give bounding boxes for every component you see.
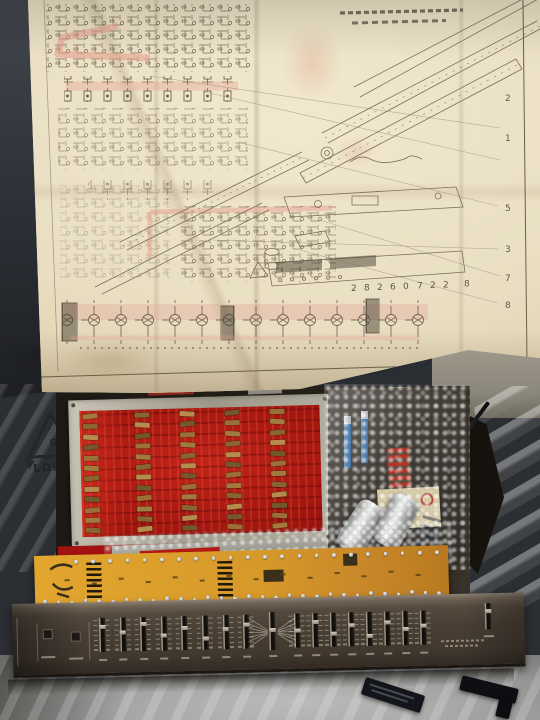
tick-column xyxy=(426,613,431,647)
tick-mark xyxy=(307,630,311,631)
tick-mark xyxy=(373,628,377,629)
slider-knob xyxy=(330,632,336,636)
tick-mark xyxy=(135,634,139,635)
tick-mark xyxy=(250,631,254,632)
tick-mark xyxy=(336,615,340,616)
tick-mark xyxy=(167,623,171,624)
tick-column xyxy=(300,615,305,649)
tick-column xyxy=(147,619,152,653)
tick-mark xyxy=(373,633,377,634)
tick-mark xyxy=(289,635,293,636)
solder-dot xyxy=(91,559,95,563)
model-text-mark xyxy=(441,639,484,642)
tick-mark xyxy=(379,643,383,644)
solder-dot xyxy=(369,591,373,595)
callout-number: 2 xyxy=(351,284,357,294)
tick-mark xyxy=(337,639,341,640)
tick-mark xyxy=(188,618,192,619)
tick-mark xyxy=(127,644,131,645)
tick-column xyxy=(229,617,234,651)
solder-dot xyxy=(435,550,439,554)
title-text-illegible xyxy=(340,10,463,23)
solder-dot xyxy=(194,557,198,561)
tick-mark xyxy=(391,628,395,629)
tick-mark xyxy=(250,641,254,642)
tick-mark xyxy=(307,635,311,636)
tick-mark xyxy=(135,619,139,620)
pcb-component xyxy=(182,494,197,499)
tick-mark xyxy=(397,623,401,624)
band-label-mark xyxy=(384,652,392,654)
tick-mark xyxy=(167,628,171,629)
left-slider-slot xyxy=(203,616,207,650)
pcb-component xyxy=(270,429,285,436)
callout-number: 1 xyxy=(505,134,511,144)
trace-mark xyxy=(389,571,394,573)
photo-disassembled-equalizer-with-schematic: 04 LDPE xyxy=(0,0,540,720)
tick-mark xyxy=(354,619,358,620)
tick-mark xyxy=(238,641,242,642)
tick-mark xyxy=(390,618,394,619)
tick-mark xyxy=(397,643,401,644)
tick-mark xyxy=(337,624,341,625)
pcb-marking xyxy=(263,569,283,582)
slider-knob xyxy=(140,622,146,626)
tick-mark xyxy=(427,637,431,638)
slider-knob xyxy=(202,637,208,641)
tick-mark xyxy=(188,633,192,634)
solder-dot xyxy=(160,558,164,562)
callout-number: 8 xyxy=(464,280,470,290)
tick-mark xyxy=(176,633,180,634)
pcb-component xyxy=(135,422,150,428)
tick-mark xyxy=(218,642,222,643)
tick-mark xyxy=(238,627,242,628)
tick-mark xyxy=(427,642,431,643)
callout-number: 8 xyxy=(505,301,511,311)
tick-mark xyxy=(325,630,329,631)
callout-number: 0 xyxy=(403,282,409,292)
tick-mark xyxy=(135,649,139,650)
tick-mark xyxy=(135,639,139,640)
tick-column xyxy=(324,615,329,649)
solder-dot xyxy=(229,556,233,560)
slider-knob xyxy=(243,623,249,627)
tick-mark xyxy=(300,620,304,621)
pcb-component xyxy=(227,493,242,499)
tick-mark xyxy=(306,615,310,616)
tick-mark xyxy=(94,635,98,636)
band-label-mark xyxy=(161,657,169,659)
tick-mark xyxy=(414,618,418,619)
left-slider-slot xyxy=(162,617,166,651)
pcb-component xyxy=(134,412,149,417)
tick-column xyxy=(360,614,365,648)
panel-groove xyxy=(16,618,18,666)
left-slider-slot xyxy=(224,615,228,649)
tick-mark xyxy=(355,624,359,625)
tick-mark xyxy=(318,615,322,616)
tick-column xyxy=(288,616,293,650)
tick-mark xyxy=(230,641,234,642)
tick-mark xyxy=(147,643,151,644)
pcb-component xyxy=(226,483,241,488)
tick-column xyxy=(414,613,419,647)
tick-mark xyxy=(361,643,365,644)
tick-mark xyxy=(336,619,340,620)
tick-mark xyxy=(250,621,254,622)
tick-mark xyxy=(318,620,322,621)
tick-mark xyxy=(135,644,139,645)
schematic-left-block xyxy=(46,4,336,282)
pcb-component xyxy=(272,502,287,507)
solder-dot xyxy=(410,590,414,594)
solder-dot xyxy=(366,552,370,556)
trace-mark xyxy=(173,576,178,578)
tick-column xyxy=(372,614,377,648)
pcb-component xyxy=(180,452,195,459)
tick-mark xyxy=(196,618,200,619)
slider-knob xyxy=(181,626,187,630)
right-slider-slot xyxy=(331,613,335,647)
tick-mark xyxy=(155,628,159,629)
tick-mark xyxy=(93,620,97,621)
band-label-mark xyxy=(222,656,230,658)
tick-mark xyxy=(415,637,419,638)
screw xyxy=(71,403,75,407)
solder-dot xyxy=(288,593,292,597)
band-label-mark xyxy=(420,652,428,654)
tick-mark xyxy=(373,638,377,639)
tick-mark xyxy=(379,633,383,634)
tick-mark xyxy=(126,629,130,630)
tick-mark xyxy=(217,627,221,628)
right-slider-slot xyxy=(367,612,371,646)
slider-knob xyxy=(384,620,390,624)
band-label-mark xyxy=(402,652,410,654)
tick-mark xyxy=(426,613,430,614)
trace-mark xyxy=(65,579,70,581)
tick-mark xyxy=(105,620,109,621)
solder-dot xyxy=(206,595,210,599)
left-slider-slot xyxy=(100,618,104,652)
tick-mark xyxy=(325,625,329,626)
tick-mark xyxy=(337,634,341,635)
tick-mark xyxy=(360,619,364,620)
button-label-mark xyxy=(41,656,55,658)
tick-mark xyxy=(106,634,110,635)
tick-mark xyxy=(408,613,412,614)
pcb-component xyxy=(83,434,98,440)
band-label-mark xyxy=(294,654,302,656)
slider-knob xyxy=(120,630,126,634)
tick-mark xyxy=(409,642,413,643)
callout-number: 5 xyxy=(505,204,511,214)
tick-mark xyxy=(106,630,110,631)
slider-knob xyxy=(161,633,167,637)
tick-mark xyxy=(127,649,131,650)
solder-dot xyxy=(108,559,112,563)
callout-number: 2 xyxy=(505,94,511,104)
tick-mark xyxy=(378,614,382,615)
trace-mark xyxy=(92,582,97,584)
tick-mark xyxy=(342,619,346,620)
pcb-component xyxy=(226,472,241,479)
tick-mark xyxy=(208,622,212,623)
tick-mark xyxy=(197,637,201,638)
pcb-component xyxy=(224,409,239,416)
tick-mark xyxy=(289,645,293,646)
solder-dot xyxy=(74,560,78,564)
tick-mark xyxy=(126,624,130,625)
tick-mark xyxy=(415,627,419,628)
pcb-component xyxy=(136,495,151,502)
pcb-component xyxy=(181,473,196,479)
tick-mark xyxy=(208,617,212,618)
tick-mark xyxy=(391,623,395,624)
tick-column xyxy=(114,620,119,654)
tick-mark xyxy=(106,649,110,650)
tick-mark xyxy=(94,649,98,650)
tick-mark xyxy=(114,629,118,630)
tick-mark xyxy=(289,640,293,641)
tick-column xyxy=(396,613,401,647)
tick-mark xyxy=(147,624,151,625)
callout-number: 2 xyxy=(377,283,383,293)
solder-dot xyxy=(263,555,267,559)
band-label-mark xyxy=(99,659,107,661)
right-slider-slot xyxy=(349,612,353,646)
pcb-component xyxy=(136,475,151,480)
tick-mark xyxy=(325,639,329,640)
tick-mark xyxy=(373,624,377,625)
tick-mark xyxy=(355,634,359,635)
tick-mark xyxy=(391,633,395,634)
source-button xyxy=(71,631,81,641)
tick-mark xyxy=(361,634,365,635)
tick-mark xyxy=(337,629,341,630)
tick-mark xyxy=(324,615,328,616)
tick-mark xyxy=(409,623,413,624)
panel-groove xyxy=(88,622,90,660)
tick-mark xyxy=(217,637,221,638)
tick-mark xyxy=(355,639,359,640)
tick-mark xyxy=(426,617,430,618)
tick-mark xyxy=(217,632,221,633)
band-label-mark xyxy=(312,654,320,656)
tick-mark xyxy=(238,636,242,637)
pcb-component xyxy=(136,485,151,491)
tick-mark xyxy=(319,639,323,640)
tick-mark xyxy=(301,630,305,631)
slider-knob xyxy=(269,628,275,632)
tick-mark xyxy=(355,644,359,645)
tick-mark xyxy=(167,633,171,634)
slider-knob xyxy=(348,623,354,627)
equalizer-front-panel xyxy=(12,592,526,678)
tick-column xyxy=(238,617,243,651)
pcb-component xyxy=(135,432,150,439)
tick-column xyxy=(217,617,222,651)
tick-column xyxy=(93,620,98,654)
pcb-component xyxy=(182,504,197,510)
slider-knob xyxy=(366,634,372,638)
tick-mark xyxy=(167,618,171,619)
solder-dot xyxy=(315,554,319,558)
tick-column xyxy=(188,618,193,652)
band-label-mark xyxy=(243,656,251,658)
tick-mark xyxy=(361,639,365,640)
pcb-component xyxy=(85,497,100,503)
tick-mark xyxy=(94,640,98,641)
screw xyxy=(75,541,79,545)
solder-dot xyxy=(177,557,181,561)
tick-column xyxy=(378,614,383,648)
panel-groove xyxy=(36,623,38,661)
tick-mark xyxy=(397,628,401,629)
tick-mark xyxy=(354,614,358,615)
tick-mark xyxy=(114,620,118,621)
pcb-component xyxy=(225,420,240,425)
tick-mark xyxy=(238,622,242,623)
solder-dot xyxy=(401,551,405,555)
tick-column xyxy=(336,615,341,649)
tick-mark xyxy=(156,638,160,639)
slider-knob xyxy=(402,627,408,631)
tick-mark xyxy=(409,633,413,634)
tick-mark xyxy=(250,617,254,618)
tick-mark xyxy=(391,643,395,644)
tick-mark xyxy=(289,625,293,626)
tick-column xyxy=(318,615,323,649)
tick-mark xyxy=(126,639,130,640)
band-label-mark xyxy=(181,657,189,659)
tick-column xyxy=(390,613,395,647)
tick-mark xyxy=(230,646,234,647)
tick-mark xyxy=(176,643,180,644)
pcb-component xyxy=(135,454,150,460)
tick-mark xyxy=(360,614,364,615)
tick-mark xyxy=(238,631,242,632)
tick-mark xyxy=(250,626,254,627)
tick-mark xyxy=(319,635,323,636)
tick-mark xyxy=(343,629,347,630)
right-slider-slot xyxy=(385,611,389,645)
tick-mark xyxy=(156,648,160,649)
callout-number: 6 xyxy=(390,283,396,293)
tick-mark xyxy=(325,644,329,645)
tick-mark xyxy=(188,623,192,624)
tick-column xyxy=(354,614,359,648)
tick-mark xyxy=(106,639,110,640)
tick-mark xyxy=(147,629,151,630)
pcb-component xyxy=(135,444,150,449)
solder-dot xyxy=(384,552,388,556)
trace-mark xyxy=(119,578,124,580)
tick-mark xyxy=(168,643,172,644)
tick-mark xyxy=(396,613,400,614)
pcb-component xyxy=(271,481,286,487)
band-label-mark xyxy=(330,654,338,656)
pcb-component xyxy=(271,460,286,467)
trace-mark xyxy=(281,573,286,575)
tick-mark xyxy=(176,628,180,629)
tick-mark xyxy=(427,627,431,628)
tick-mark xyxy=(306,620,310,621)
tick-mark xyxy=(156,633,160,634)
left-slider-slot xyxy=(142,617,146,651)
tick-mark xyxy=(209,642,213,643)
tick-mark xyxy=(307,640,311,641)
callout-number: 8 xyxy=(364,284,370,294)
tick-mark xyxy=(415,632,419,633)
tick-mark xyxy=(250,636,254,637)
tick-mark xyxy=(135,624,139,625)
right-slider-slot xyxy=(313,613,317,647)
tick-mark xyxy=(301,640,305,641)
pcb-component xyxy=(271,491,286,498)
tick-mark xyxy=(197,647,201,648)
tick-mark xyxy=(114,624,118,625)
pcb-component xyxy=(182,514,197,521)
slider-knob xyxy=(485,609,491,613)
tick-mark xyxy=(288,621,292,622)
tick-column xyxy=(250,617,255,651)
tick-column xyxy=(105,620,110,654)
tick-mark xyxy=(126,634,130,635)
slider-knob xyxy=(420,624,426,628)
tick-mark xyxy=(197,642,201,643)
tick-mark xyxy=(147,619,151,620)
trace-mark xyxy=(254,578,259,580)
tick-mark xyxy=(415,642,419,643)
tick-column xyxy=(342,614,347,648)
tick-column xyxy=(135,619,140,653)
pcb-component xyxy=(225,441,240,448)
pcb-component xyxy=(181,483,196,490)
tick-mark xyxy=(343,624,347,625)
solder-dot xyxy=(247,594,251,598)
pcb-component xyxy=(181,463,196,468)
tick-mark xyxy=(390,613,394,614)
tick-mark xyxy=(229,617,233,618)
tick-mark xyxy=(209,637,213,638)
callout-number: 2 xyxy=(430,281,436,291)
tick-mark xyxy=(319,630,323,631)
solder-dot xyxy=(212,556,216,560)
pcb-component xyxy=(270,440,285,445)
solder-dot xyxy=(280,554,284,558)
tick-mark xyxy=(238,617,242,618)
tick-column xyxy=(176,618,181,652)
tick-mark xyxy=(396,618,400,619)
tick-mark xyxy=(105,625,109,626)
tick-mark xyxy=(197,632,201,633)
pcb-component xyxy=(84,465,99,471)
band-label-mark xyxy=(202,657,210,659)
tick-mark xyxy=(209,632,213,633)
tick-mark xyxy=(114,639,118,640)
tick-column xyxy=(196,618,201,652)
tick-mark xyxy=(324,620,328,621)
tick-mark xyxy=(147,634,151,635)
tick-mark xyxy=(197,628,201,629)
pcb-marking xyxy=(46,559,81,604)
schematic-bottom-strip xyxy=(62,299,430,348)
pcb-component xyxy=(270,450,285,456)
tick-mark xyxy=(93,625,97,626)
tick-mark xyxy=(126,619,130,620)
